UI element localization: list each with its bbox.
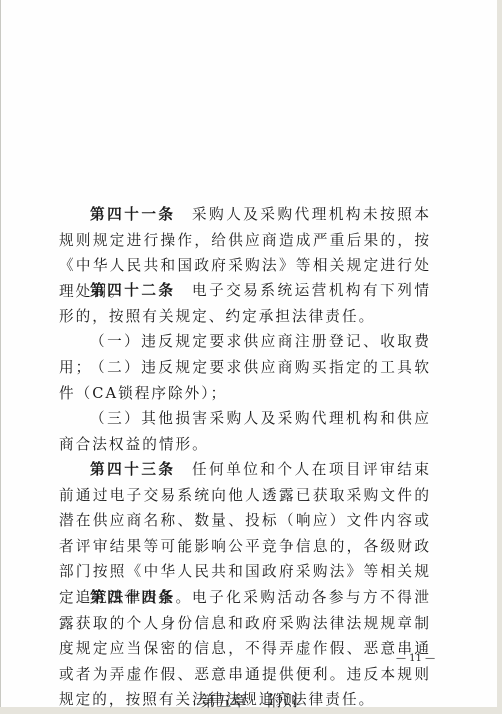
article-42-item-2: （二）违反规定要求供应商购买指定的工具软件（CA锁程序除外）； [59, 355, 431, 406]
article-heading: 第四十三条 [90, 461, 176, 478]
chapter-number: 第五章 [201, 692, 248, 710]
page-number: — 11 — [396, 653, 435, 664]
article-42-item-3: （三）其他损害采购人及采购代理机构和供应商合法权益的情形。 [59, 406, 431, 457]
document-page: 第四十一条采购人及采购代理机构未按照本规则规定进行操作，给供应商造成严重后果的，… [0, 0, 497, 707]
chapter-heading: 第五章附则 [1, 690, 498, 711]
article-heading: 第四十一条 [90, 206, 176, 223]
article-42: 第四十二条电子交易系统运营机构有下列情形的，按照有关规定、约定承担法律责任。 [59, 278, 431, 329]
article-heading: 第四十四条 [90, 589, 176, 606]
chapter-title: 附则 [267, 692, 298, 710]
article-heading: 第四十二条 [90, 282, 176, 299]
